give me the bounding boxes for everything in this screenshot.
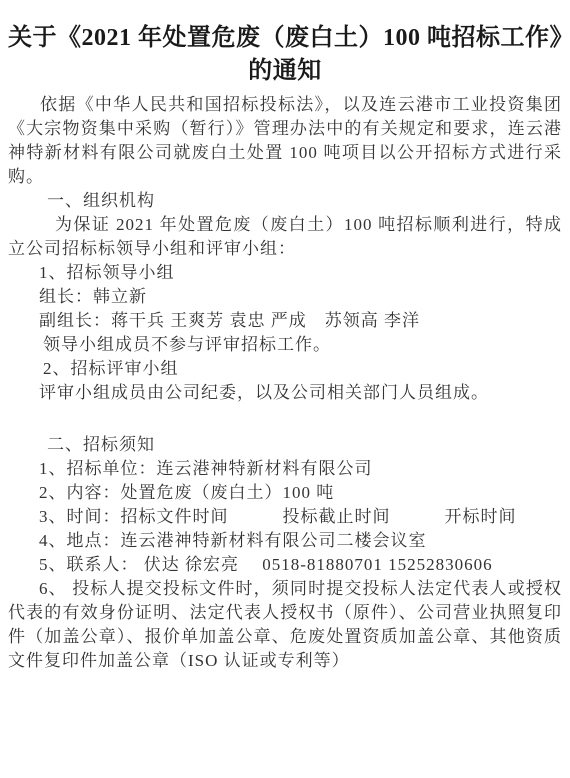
time-line: 3、时间：招标文件时间 投标截止时间 开标时间 — [8, 505, 562, 529]
title-line-1: 关于《2021 年处置危废（废白土）100 吨招标工作》 — [8, 22, 562, 55]
group-leader-line: 组长：韩立新 — [8, 285, 562, 309]
location-line: 4、地点：连云港神特新材料有限公司二楼会议室 — [8, 529, 562, 553]
section-1-item-leading-group: 1、招标领导小组 — [8, 261, 562, 285]
document-page: 关于《2021 年处置危废（废白土）100 吨招标工作》 的通知 依据《中华人民… — [0, 0, 570, 778]
document-title: 关于《2021 年处置危废（废白土）100 吨招标工作》 的通知 — [8, 22, 562, 88]
bidding-unit-line: 1、招标单位：连云港神特新材料有限公司 — [8, 457, 562, 481]
deputy-leaders-line: 副组长：蒋干兵 王爽芳 袁忠 严成 苏领高 李洋 — [8, 309, 562, 333]
section-2-heading: 二、招标须知 — [8, 433, 562, 457]
submission-requirements-paragraph: 6、 投标人提交投标文件时，须同时提交投标人法定代表人或授权代表的有效身份证明、… — [8, 577, 562, 673]
blank-line — [8, 405, 562, 433]
review-group-note: 评审小组成员由公司纪委，以及公司相关部门人员组成。 — [8, 381, 562, 405]
section-1-item-review-group: 2、招标评审小组 — [8, 357, 562, 381]
title-line-2: 的通知 — [8, 55, 562, 88]
intro-paragraph: 依据《中华人民共和国招标投标法》，以及连云港市工业投资集团《大宗物资集中采购（暂… — [8, 93, 562, 189]
section-1-heading: 一、组织机构 — [8, 189, 562, 213]
section-1-intro: 为保证 2021 年处置危废（废白土）100 吨招标顺利进行，特成立公司招标标领… — [8, 213, 562, 261]
leading-group-note: 领导小组成员不参与评审招标工作。 — [8, 333, 562, 357]
contact-line: 5、联系人： 伏达 徐宏亮 0518-81880701 15252830606 — [8, 553, 562, 577]
content-line: 2、内容：处置危废（废白土）100 吨 — [8, 481, 562, 505]
